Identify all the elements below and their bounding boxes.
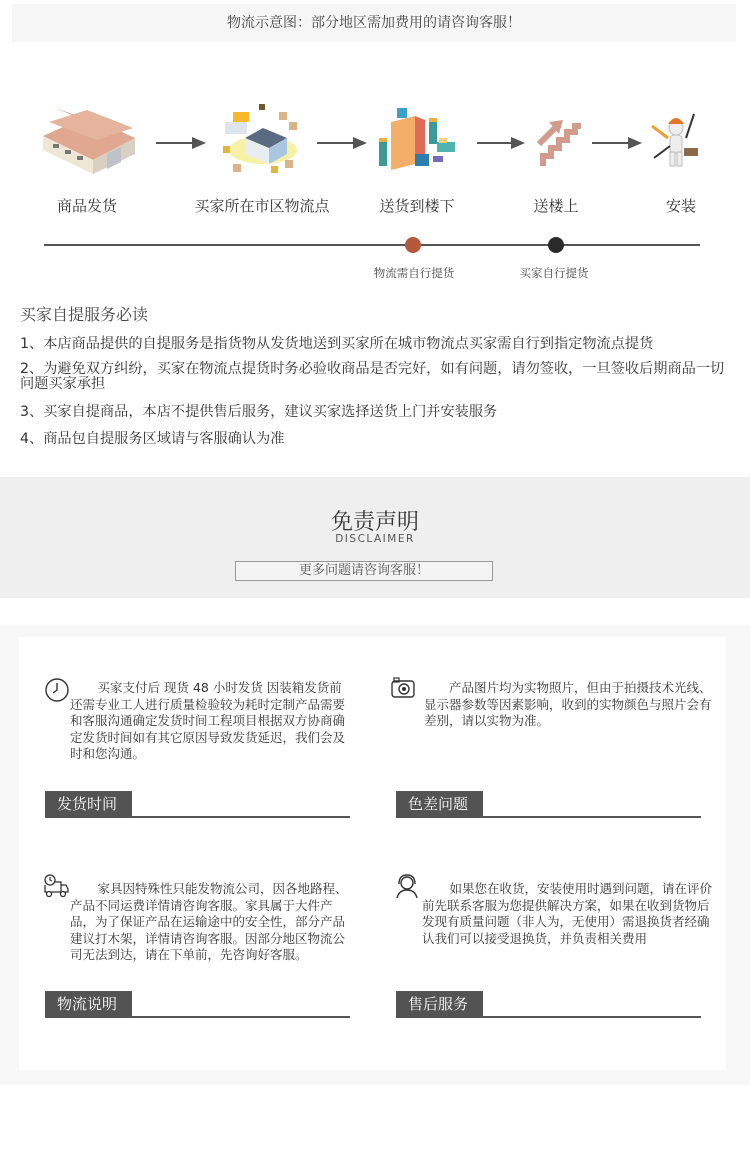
notice-item: 4、商品包自提服务区域请与客服确认为准 xyxy=(20,432,736,447)
clock-icon xyxy=(44,677,70,703)
logistics-pickup-label: 物流需自行提货 xyxy=(374,265,455,281)
policy-card: 买家支付后 现货 48 小时发货 因装箱发货前还需专业工人进行质量检验较为耗时定… xyxy=(19,637,726,1070)
shipping-time-text: 买家支付后 现货 48 小时发货 因装箱发货前还需专业工人进行质量检验较为耗时定… xyxy=(70,680,354,763)
logistics-text: 家具因特殊性只能发物流公司，因各地路程、产品不同运费详情请咨询客服。家具属于大件… xyxy=(70,881,354,964)
notice-title: 买家自提服务必读 xyxy=(20,302,148,325)
arrow-icon xyxy=(317,142,365,144)
tag-after-sales: 售后服务 xyxy=(396,991,483,1018)
buyer-pickup-marker xyxy=(548,237,564,253)
notice-item: 3、买家自提商品，本店不提供售后服务，建议买家选择送货上门并安装服务 xyxy=(20,405,736,420)
timeline-line xyxy=(44,244,700,246)
divider xyxy=(132,816,350,818)
arrow-icon xyxy=(592,142,640,144)
step-label-downstairs: 送货到楼下 xyxy=(379,195,454,216)
color-difference-text: 产品图片均为实物照片，但由于拍摄技术光线、显示器参数等因素影响，收到的实物颜色与… xyxy=(424,680,716,730)
step-label-city-hub: 买家所在市区物流点 xyxy=(194,195,329,216)
tag-shipping-time: 发货时间 xyxy=(45,791,132,818)
divider xyxy=(483,1016,701,1018)
disclaimer-title: 免责声明 xyxy=(0,505,750,536)
arrow-icon xyxy=(156,142,204,144)
camera-icon xyxy=(390,675,416,701)
buildings-icon xyxy=(375,108,465,178)
disclaimer-subtitle: DISCLAIMER xyxy=(0,533,750,545)
divider xyxy=(132,1016,350,1018)
policy-panel: 买家支付后 现货 48 小时发货 因装箱发货前还需专业工人进行质量检验较为耗时定… xyxy=(0,625,750,1085)
notice-item: 2、为避免双方纠纷，买家在物流点提货时务必验收商品是否完好，如有问题，请勿签收，… xyxy=(20,362,736,392)
buyer-pickup-label: 买家自行提货 xyxy=(520,265,589,281)
shipping-banner: 物流示意图：部分地区需加费用的请咨询客服！ xyxy=(12,4,736,42)
tag-color-difference: 色差问题 xyxy=(396,791,483,818)
installer-icon xyxy=(648,110,702,170)
contact-service-note: 更多问题请咨询客服！ xyxy=(235,561,493,581)
tag-logistics: 物流说明 xyxy=(45,991,132,1018)
logistics-pickup-marker xyxy=(405,237,421,253)
warehouse-icon xyxy=(35,98,145,178)
stairs-icon xyxy=(535,118,591,168)
customer-service-icon xyxy=(394,873,420,899)
delivery-truck-icon xyxy=(42,873,68,899)
step-label-ship: 商品发货 xyxy=(57,195,117,216)
after-sales-text: 如果您在收货，安装使用时遇到问题，请在评价前先联系客服为您提供解决方案，如果在收… xyxy=(422,881,716,947)
logistics-hub-icon xyxy=(215,100,305,180)
step-label-install: 安装 xyxy=(666,195,696,216)
notice-item: 1、本店商品提供的自提服务是指货物从发货地送到买家所在城市物流点买家需自行到指定… xyxy=(20,337,736,352)
step-label-upstairs: 送楼上 xyxy=(533,195,578,216)
divider xyxy=(483,816,701,818)
arrow-icon xyxy=(477,142,523,144)
